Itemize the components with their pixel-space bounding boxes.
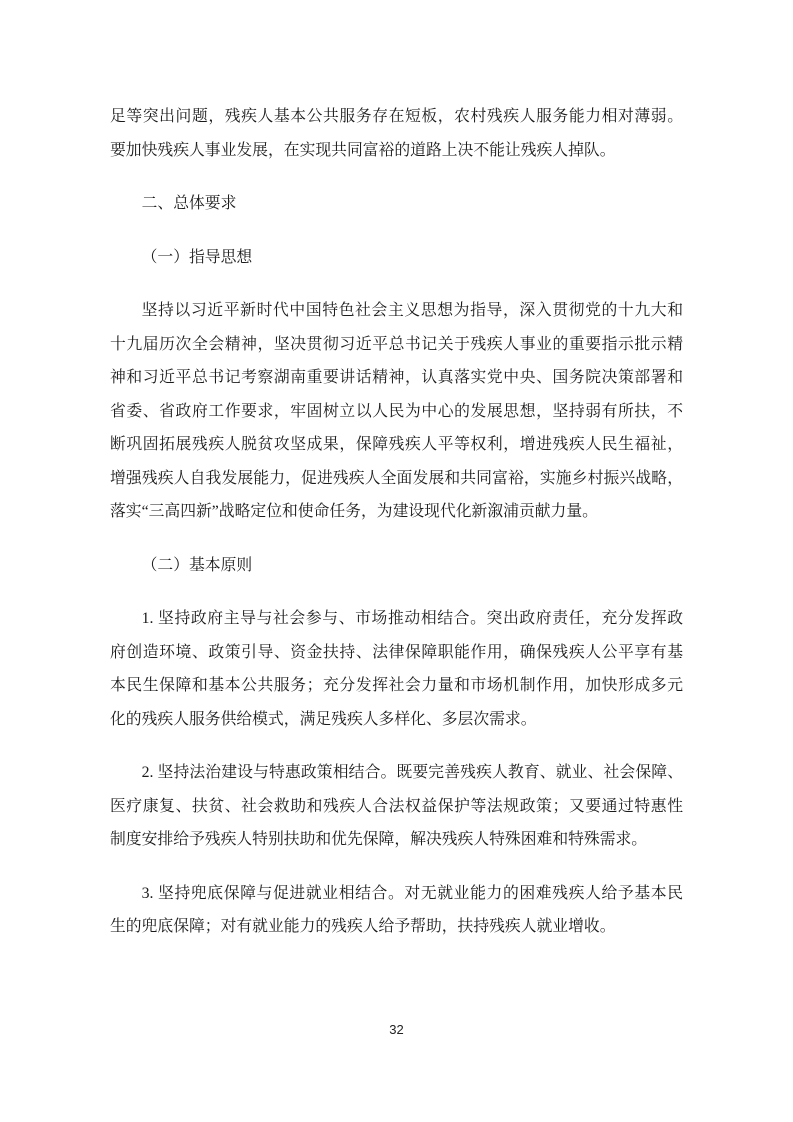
- text-line: 坚持以习近平新时代中国特色社会主义思想为指导，深入贯彻党的十九大和: [110, 294, 683, 328]
- document-page: 足等突出问题，残疾人基本公共服务存在短板，农村残疾人服务能力相对薄弱。 要加快残…: [0, 0, 793, 1122]
- text-line: 断巩固拓展残疾人脱贫攻坚成果，保障残疾人平等权利，增进残疾人民生福祉，: [110, 428, 683, 462]
- text-line: 化的残疾人服务供给模式，满足残疾人多样化、多层次需求。: [110, 703, 683, 737]
- text-line: 3. 坚持兜底保障与促进就业相结合。对无就业能力的困难残疾人给予基本民: [110, 877, 683, 911]
- text-line: 医疗康复、扶贫、社会救助和残疾人合法权益保护等法规政策；又要通过特惠性: [110, 790, 683, 824]
- text-line: 省委、省政府工作要求，牢固树立以人民为中心的发展思想，坚持弱有所扶，不: [110, 395, 683, 429]
- paragraph-continuation: 足等突出问题，残疾人基本公共服务存在短板，农村残疾人服务能力相对薄弱。 要加快残…: [110, 100, 683, 167]
- text-line: 生的兜底保障；对有就业能力的残疾人给予帮助，扶持残疾人就业增收。: [110, 910, 683, 944]
- text-line: 增强残疾人自我发展能力，促进残疾人全面发展和共同富裕，实施乡村振兴战略，: [110, 462, 683, 496]
- paragraph-principle-1: 1. 坚持政府主导与社会参与、市场推动相结合。突出政府责任，充分发挥政 府创造环…: [110, 602, 683, 736]
- paragraph-principle-3: 3. 坚持兜底保障与促进就业相结合。对无就业能力的困难残疾人给予基本民 生的兜底…: [110, 877, 683, 944]
- page-number: 32: [389, 1022, 403, 1037]
- text-line: 要加快残疾人事业发展，在实现共同富裕的道路上决不能让残疾人掉队。: [110, 134, 683, 168]
- subsection-heading-guiding-ideology: （一）指导思想: [110, 241, 683, 275]
- text-line: 十九届历次全会精神，坚决贯彻习近平总书记关于残疾人事业的重要指示批示精: [110, 328, 683, 362]
- section-heading: 二、总体要求: [110, 187, 683, 221]
- subsection-heading-basic-principles: （二）基本原则: [110, 549, 683, 583]
- paragraph-guiding-ideology: 坚持以习近平新时代中国特色社会主义思想为指导，深入贯彻党的十九大和 十九届历次全…: [110, 294, 683, 529]
- text-line: 2. 坚持法治建设与特惠政策相结合。既要完善残疾人教育、就业、社会保障、: [110, 756, 683, 790]
- page-footer: 32: [0, 1021, 793, 1039]
- page-content: 足等突出问题，残疾人基本公共服务存在短板，农村残疾人服务能力相对薄弱。 要加快残…: [110, 100, 683, 944]
- text-line: 神和习近平总书记考察湖南重要讲话精神，认真落实党中央、国务院决策部署和: [110, 361, 683, 395]
- paragraph-principle-2: 2. 坚持法治建设与特惠政策相结合。既要完善残疾人教育、就业、社会保障、 医疗康…: [110, 756, 683, 857]
- text-line: 本民生保障和基本公共服务；充分发挥社会力量和市场机制作用，加快形成多元: [110, 669, 683, 703]
- text-line: 府创造环境、政策引导、资金扶持、法律保障职能作用，确保残疾人公平享有基: [110, 636, 683, 670]
- text-line: 落实“三高四新”战略定位和使命任务，为建设现代化新溆浦贡献力量。: [110, 495, 683, 529]
- text-line: 制度安排给予残疾人特别扶助和优先保障，解决残疾人特殊困难和特殊需求。: [110, 823, 683, 857]
- text-line: 1. 坚持政府主导与社会参与、市场推动相结合。突出政府责任，充分发挥政: [110, 602, 683, 636]
- text-line: 足等突出问题，残疾人基本公共服务存在短板，农村残疾人服务能力相对薄弱。: [110, 100, 683, 134]
